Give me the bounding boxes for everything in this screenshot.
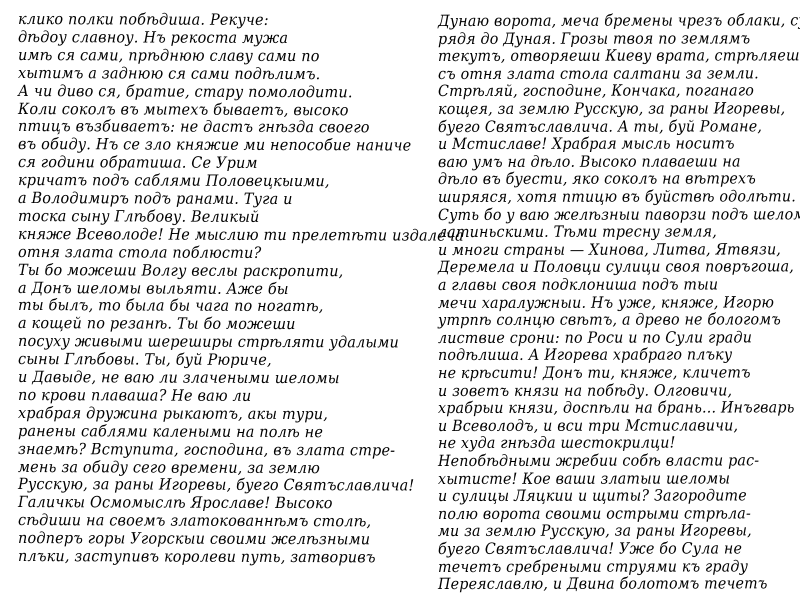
manuscript-line: Деремела и Половци сулици своя повръгоша… [438,258,794,277]
manuscript-line: Коли соколъ въ мытехъ бываетъ, высоко [18,100,349,119]
manuscript-line: клико полки побѣдиша. Рекуче: [18,10,269,29]
manuscript-line: княже Всеволоде! Не мыслию ти прелетѣти … [18,225,464,245]
manuscript-line: сыны Глѣбовы. Ты, буй Рюриче, [18,350,272,369]
manuscript-line: дѣло въ буести, яко соколъ на вѣтрехъ [438,170,756,189]
manuscript-line: не худа гнѣзда шестокрилци! [438,434,676,452]
manuscript-spread: клико полки побѣдиша. Рекуче:дѣдоу славн… [0,0,800,603]
manuscript-line: кричатъ подъ саблями Половецкыими, [18,171,330,190]
manuscript-line: храбрая дружина рыкаютъ, акы тури, [18,404,328,423]
manuscript-line: Непобѣдными жребии собѣ власти рас- [438,451,759,470]
manuscript-line: а Донъ шеломы выльяти. Аже бы [18,279,289,298]
manuscript-line: а кощей по резанѣ. Ты бо можеши [18,314,296,333]
manuscript-line: Суть бо у ваю желѣзныи паворзи подъ шело… [438,205,800,224]
manuscript-line: и Мстиславе! Храбрая мысль носитъ [438,135,735,154]
manuscript-line: и Давыде, не ваю ли злачеными шеломы [18,368,340,387]
manuscript-line: подѣлиша. А Игорева храбраго плъку [438,346,732,365]
manuscript-line: течетъ сребреными струями къ граду [438,557,748,576]
manuscript-line: съ отня злата стола салтани за земли. [438,64,759,83]
left-page: клико полки побѣдиша. Рекуче:дѣдоу славн… [18,0,388,603]
manuscript-line: по крови плаваша? Не ваю ли [18,386,251,405]
manuscript-line: кощея, за землю Русскую, за раны Игоревы… [438,99,785,118]
manuscript-line: храбрыи князи, доспѣли на брань... Инъгв… [438,399,795,418]
manuscript-line: знаемѣ? Вступита, господина, въ злата ст… [18,440,395,459]
manuscript-line: ми за землю Русскую, за раны Игоревы, [438,522,752,541]
manuscript-line: ширяяся, хотя птицю въ буйствѣ одолѣти. [438,187,796,206]
manuscript-line: буего Святъславлича! Уже бо Сула не [438,539,742,558]
manuscript-line: не крѣсити! Донъ ти, княже, кличетъ [438,363,751,382]
manuscript-line: птицъ възбиваетъ: не дастъ гнѣзда своего [18,117,370,136]
manuscript-line: Русскую, за раны Игоревы, буего Святъсла… [18,475,414,494]
manuscript-line: Дунаю ворота, меча бремены чрезъ облаки,… [438,11,800,30]
manuscript-line: а Володимиръ подъ ранами. Туга и [18,189,293,208]
manuscript-line: плъки, заступивъ королеви путь, затворив… [18,547,376,566]
manuscript-line: Стрѣляй, господине, Кончака, поганаго [438,82,754,101]
manuscript-line: хытисте! Кое ваши златыи шеломы [438,469,730,488]
manuscript-line: текутъ, отворяеши Киеву врата, стрѣляеши [438,46,800,65]
manuscript-line: подперъ горы Угорскыи своими желѣзными [18,529,370,548]
manuscript-line: и сулицы Ляцкии и щиты? Загородите [438,487,747,506]
manuscript-line: утрпѣ солнцю свѣтъ, а древо не бологомъ [438,311,781,330]
manuscript-line: мечи харалужныи. Нъ уже, княже, Игорю [438,293,774,312]
manuscript-line: листвие срони: по Роси и по Сули гради [438,328,752,347]
manuscript-line: латиньскими. Тѣми тресну земля, [438,223,717,242]
manuscript-line: полю ворота своими острыми стрѣла- [438,504,751,523]
manuscript-line: и Всеволодъ, и вси три Мстиславичи, [438,416,738,435]
manuscript-line: отня злата стола поблюсти? [18,243,262,262]
manuscript-line: рядя до Дуная. Грозы твоя по землямъ [438,29,750,48]
manuscript-line: а главы своя подклониша подъ тыи [438,275,718,294]
manuscript-line: Галичкы Осмомыслѣ Ярославе! Высоко [18,493,333,512]
manuscript-line: ты былъ, то была бы чага по ногатѣ, [18,296,324,315]
manuscript-line: Переяславлю, и Двина болотомъ течетъ [438,575,768,594]
manuscript-line: ранены саблями калеными на полѣ не [18,422,323,441]
manuscript-line: имѣ ся сами, прѣднюю славу сами по [18,46,320,65]
manuscript-line: посуху живыми шереширы стрѣляти удалыми [18,332,399,351]
manuscript-line: и зоветъ князи на побѣду. Олговичи, [438,381,732,400]
manuscript-line: А чи диво ся, братие, стару помолодити. [18,82,353,101]
manuscript-line: мень за обиду сего времени, за землю [18,458,320,477]
manuscript-line: дѣдоу славноу. Нъ рекоста мужа [18,28,288,47]
manuscript-line: тоска сыну Глѣбову. Великый [18,207,260,226]
right-page: Дунаю ворота, меча бремены чрезъ облаки,… [438,0,788,603]
manuscript-line: и многи страны — Хинова, Литва, Ятвязи, [438,240,781,259]
manuscript-line: сѣдиши на своемъ златокованнѣмъ столѣ, [18,511,371,530]
manuscript-line: ся години обратиша. Се Урим [18,153,258,172]
manuscript-line: буего Святъславлича. А ты, буй Романе, [438,117,762,136]
manuscript-line: Ты бо можеши Волгу веслы раскропити, [18,261,344,280]
manuscript-line: въ обиду. Нъ се зло княжие ми непособие … [18,135,411,154]
manuscript-line: ваю умъ на дѣло. Высоко плаваеши на [438,152,741,171]
manuscript-line: хытимъ а заднюю ся сами подѣлимъ. [18,64,320,83]
